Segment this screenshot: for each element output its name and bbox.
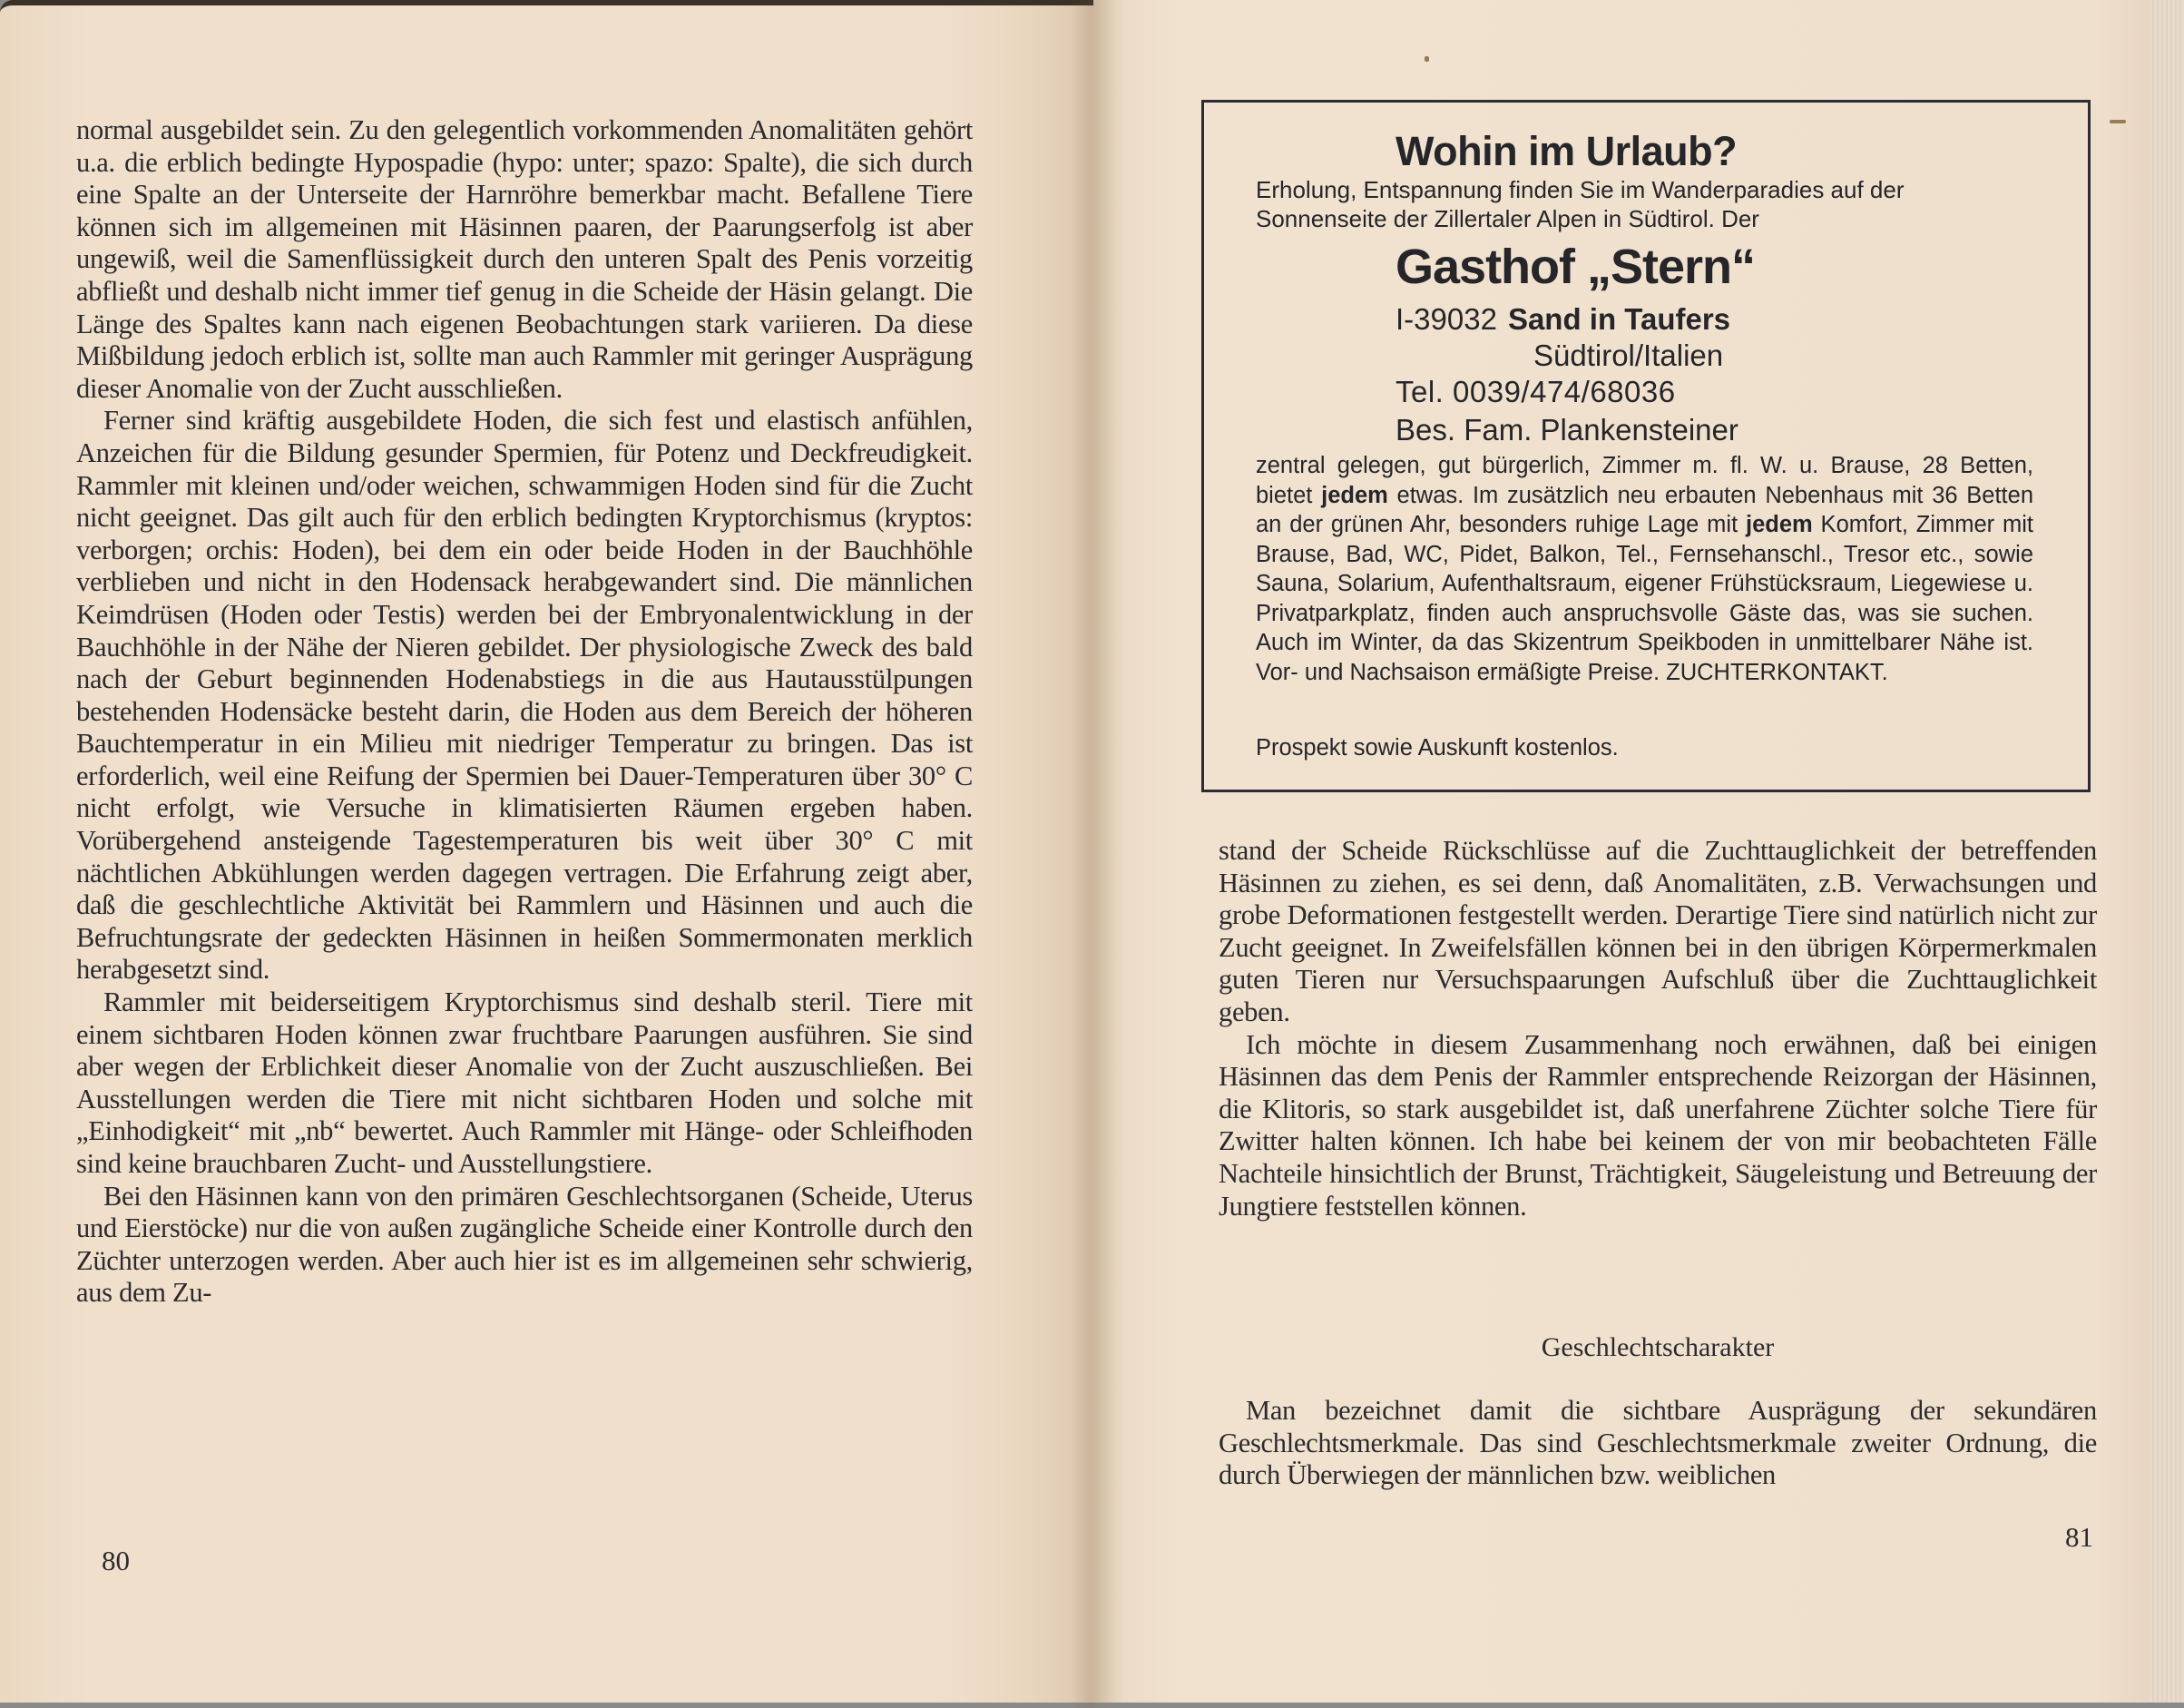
- ad-town: Sand in Taufers: [1508, 302, 1730, 336]
- page-number-right: 81: [2065, 1521, 2093, 1554]
- ad-region: Südtirol/Italien: [1533, 339, 1723, 373]
- paragraph: stand der Scheide Rückschlüsse auf die Z…: [1219, 835, 2097, 1029]
- paragraph: Ich möchte in diesem Zusammenhang noch e…: [1219, 1029, 2097, 1223]
- ad-emphasis: jedem: [1746, 512, 1813, 537]
- ad-description-text: Komfort, Zimmer mit Brause, Bad, WC, Pid…: [1256, 512, 2033, 685]
- ad-description: zentral gelegen, gut bürgerlich, Zimmer …: [1256, 451, 2033, 687]
- left-page-body: normal ausgebildet sein. Zu den gelegent…: [76, 114, 973, 1310]
- section-heading: Geschlechtscharakter: [1219, 1332, 2097, 1363]
- ad-owner: Bes. Fam. Plankensteiner: [1396, 413, 1738, 447]
- ad-address: I-39032Sand in Taufers: [1396, 302, 1730, 337]
- book-spread: normal ausgebildet sein. Zu den gelegent…: [0, 0, 2184, 1708]
- advertisement-box: Wohin im Urlaub? Erholung, Entspannung f…: [1201, 100, 2091, 792]
- ad-footer: Prospekt sowie Auskunft kostenlos.: [1256, 735, 1619, 761]
- ad-title: Wohin im Urlaub?: [1396, 128, 1737, 175]
- ad-business-name: Gasthof „Stern“: [1396, 239, 1755, 295]
- paper-speck: [1425, 56, 1429, 62]
- right-page-body-bottom: Man bezeichnet damit die sichtbare Auspr…: [1219, 1395, 2097, 1492]
- ad-postal-code: I-39032: [1396, 302, 1497, 336]
- ad-phone: Tel. 0039/474/68036: [1396, 375, 1676, 409]
- page-edge-stack: [2150, 0, 2184, 1703]
- paragraph: Man bezeichnet damit die sichtbare Auspr…: [1219, 1395, 2097, 1492]
- paragraph: Bei den Häsinnen kann von den primären G…: [76, 1181, 973, 1310]
- book-spine-shadow: [1071, 0, 1116, 1708]
- ad-emphasis: jedem: [1321, 483, 1388, 508]
- page-number-left: 80: [102, 1545, 130, 1577]
- paper-speck: [2110, 120, 2126, 123]
- paragraph: normal ausgebildet sein. Zu den gelegent…: [76, 114, 973, 405]
- paragraph: Rammler mit beiderseitigem Kryptorchismu…: [76, 987, 973, 1181]
- right-page-body-top: stand der Scheide Rückschlüsse auf die Z…: [1219, 835, 2097, 1222]
- ad-intro: Erholung, Entspannung finden Sie im Wand…: [1256, 175, 2036, 233]
- paragraph: Ferner sind kräftig ausgebildete Hoden, …: [76, 405, 973, 987]
